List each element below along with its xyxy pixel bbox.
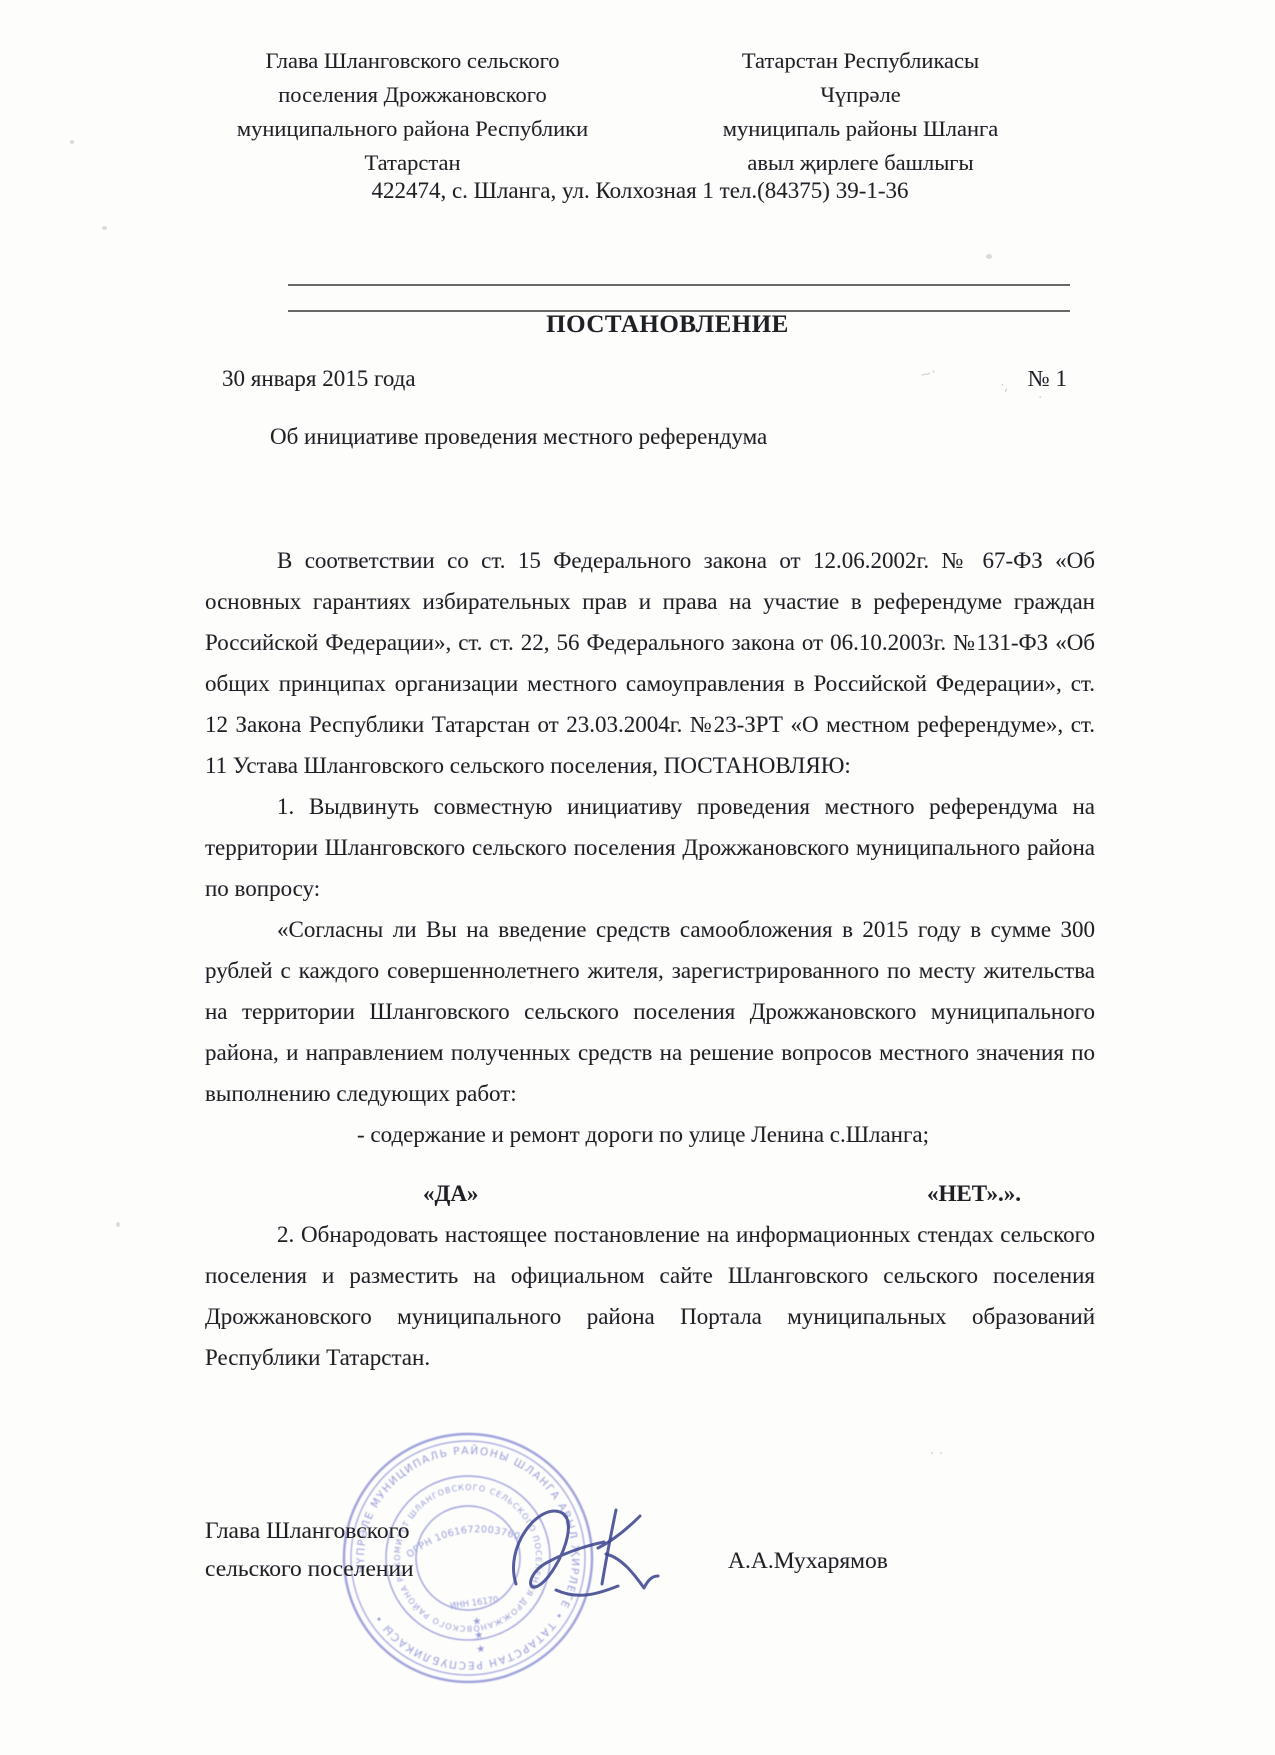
scan-speckle [70, 140, 74, 144]
signatory-name: А.А.Мухарямов [728, 1548, 888, 1575]
scan-speckle [983, 1048, 987, 1052]
paragraph-legal-basis: В соответствии со ст. 15 Федерального за… [205, 540, 1095, 786]
document-body: В соответствии со ст. 15 Федерального за… [205, 540, 1095, 1378]
signature-position-line: сельского поселении [205, 1550, 414, 1588]
no-option: «НЕТ».». [927, 1173, 1021, 1214]
paragraph-item-2: 2. Обнародовать настоящее постановление … [205, 1214, 1095, 1378]
scan-speckle [116, 1222, 120, 1227]
stamp-star-icon: ★ [474, 1630, 484, 1642]
referendum-options-row: «ДА» «НЕТ».». [205, 1173, 1095, 1214]
stamp-star-icon: ★ [472, 1616, 482, 1628]
scan-smudge: · [1038, 390, 1042, 406]
scan-speckle [986, 254, 992, 259]
header-authority-tatar: Татарстан Республикасы Чүпрәле муниципал… [688, 44, 1033, 180]
subject-line: Об инициативе проведения местного рефере… [270, 424, 767, 450]
work-item-line: - содержание и ремонт дороги по улице Ле… [205, 1114, 1095, 1155]
header-authority-russian: Глава Шланговского сельского поселения Д… [200, 44, 625, 180]
header-line: муниципаль районы Шланга [688, 112, 1033, 146]
header-line: Татарстан Республикасы [688, 44, 1033, 78]
document-title: ПОСТАНОВЛЕНИЕ [205, 311, 1130, 339]
separator-line-top [288, 284, 1070, 286]
header-line: авыл җирлеге башлыгы [688, 146, 1033, 180]
signature-position-line: Глава Шланговского [205, 1512, 414, 1550]
scan-speckle [102, 226, 107, 230]
paragraph-item-1: 1. Выдвинуть совместную инициативу прове… [205, 786, 1095, 909]
yes-option: «ДА» [423, 1173, 478, 1214]
document-date: 30 января 2015 года [222, 366, 416, 392]
header-line: муниципального района Республики [200, 112, 625, 146]
header-address: 422474, с. Шланга, ул. Колхозная 1 тел.(… [160, 178, 1120, 204]
header-line: поселения Дрожжановского [200, 78, 625, 112]
header-line: Чүпрәле [688, 78, 1033, 112]
scan-smudge: · · [930, 1446, 943, 1462]
scan-smudge: ·‚ [999, 377, 1011, 394]
date-number-row: 30 января 2015 года № 1 [222, 366, 1067, 392]
scanned-document-page: Глава Шланговского сельского поселения Д… [0, 0, 1275, 1755]
document-number: № 1 [1028, 366, 1067, 392]
stamp-star-icon: ★ [476, 1644, 486, 1656]
paragraph-question: «Согласны ли Вы на введение средств само… [205, 909, 1095, 1114]
handwritten-signature-icon [498, 1492, 688, 1617]
header-line: Глава Шланговского сельского [200, 44, 625, 78]
signature-position: Глава Шланговского сельского поселении [205, 1512, 414, 1588]
header-line: Татарстан [200, 146, 625, 180]
